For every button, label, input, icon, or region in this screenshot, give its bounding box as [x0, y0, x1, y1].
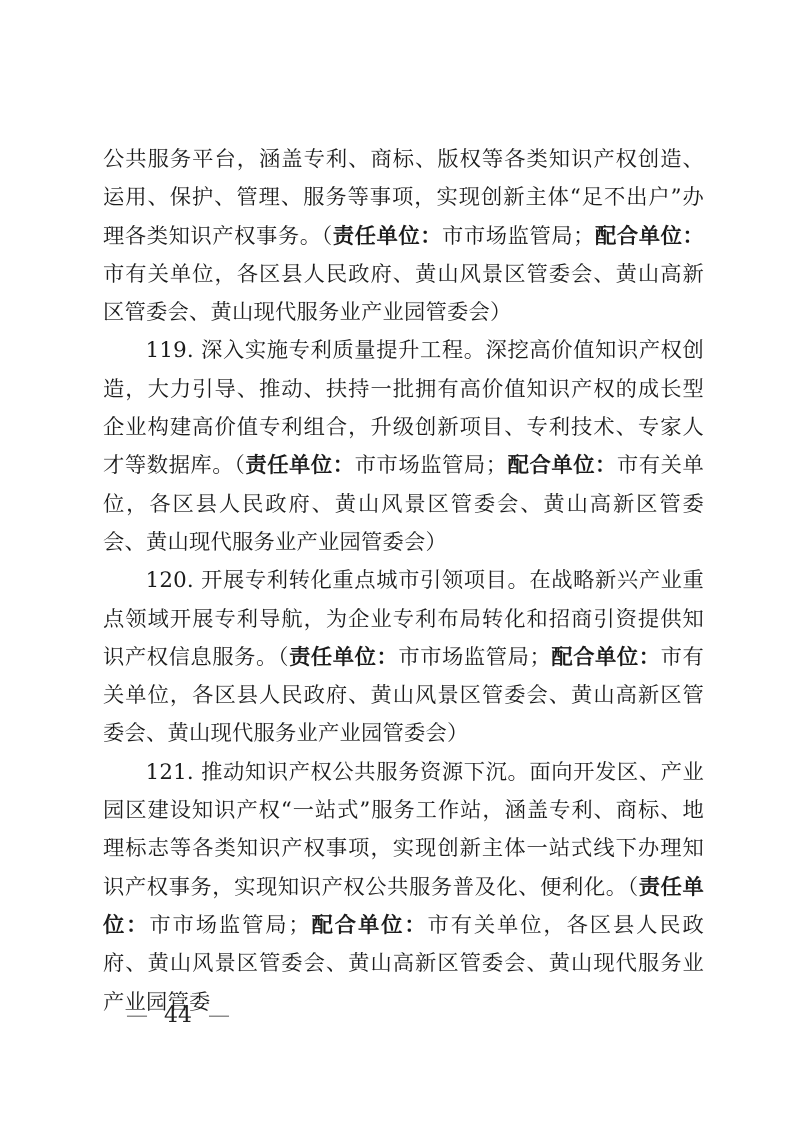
emphasis-label: 配合单位：: [595, 224, 704, 249]
body-text: 市市场监管局；: [355, 453, 508, 478]
emphasis-label: 责任单位：: [289, 645, 398, 670]
body-text: 市市场监管局；: [149, 913, 310, 938]
item-title: 119. 深入实施专利质量提升工程。: [146, 338, 486, 363]
emphasis-label: 责任单位：: [333, 224, 442, 249]
document-body: 公共服务平台，涵盖专利、商标、版权等各类知识产权创造、运用、保护、管理、服务等事…: [103, 141, 704, 1022]
document-page: 公共服务平台，涵盖专利、商标、版权等各类知识产权创造、运用、保护、管理、服务等事…: [0, 0, 793, 1122]
emphasis-label: 配合单位：: [507, 453, 617, 478]
body-text: 市市场监管局；: [398, 645, 551, 670]
paragraph-item-118-continuation: 公共服务平台，涵盖专利、商标、版权等各类知识产权创造、运用、保护、管理、服务等事…: [103, 141, 704, 332]
page-number-footer: — 44 —: [126, 1001, 230, 1031]
page-number: 44: [164, 1001, 192, 1031]
paragraph-item-120: 120. 开展专利转化重点城市引领项目。在战略新兴产业重点领域开展专利导航，为企…: [103, 562, 704, 753]
item-title: 120. 开展专利转化重点城市引领项目。: [146, 568, 530, 593]
emphasis-label: 配合单位：: [551, 645, 661, 670]
body-text: 市市场监管局；: [442, 224, 595, 249]
item-title: 121. 推动知识产权公共服务资源下沉。: [146, 760, 530, 785]
paragraph-item-121: 121. 推动知识产权公共服务资源下沉。面向开发区、产业园区建设知识产权“一站式…: [103, 754, 704, 1022]
emphasis-label: 配合单位：: [310, 913, 428, 938]
page-number-dash-right: —: [208, 1001, 230, 1031]
page-number-dash-left: —: [126, 1001, 148, 1031]
emphasis-label: 责任单位：: [245, 453, 354, 478]
paragraph-item-119: 119. 深入实施专利质量提升工程。深挖高价值知识产权创造，大力引导、推动、扶持…: [103, 332, 704, 562]
body-text: 市有关单位，各区县人民政府、黄山风景区管委会、黄山高新区管委会、黄山现代服务业产…: [103, 262, 704, 325]
